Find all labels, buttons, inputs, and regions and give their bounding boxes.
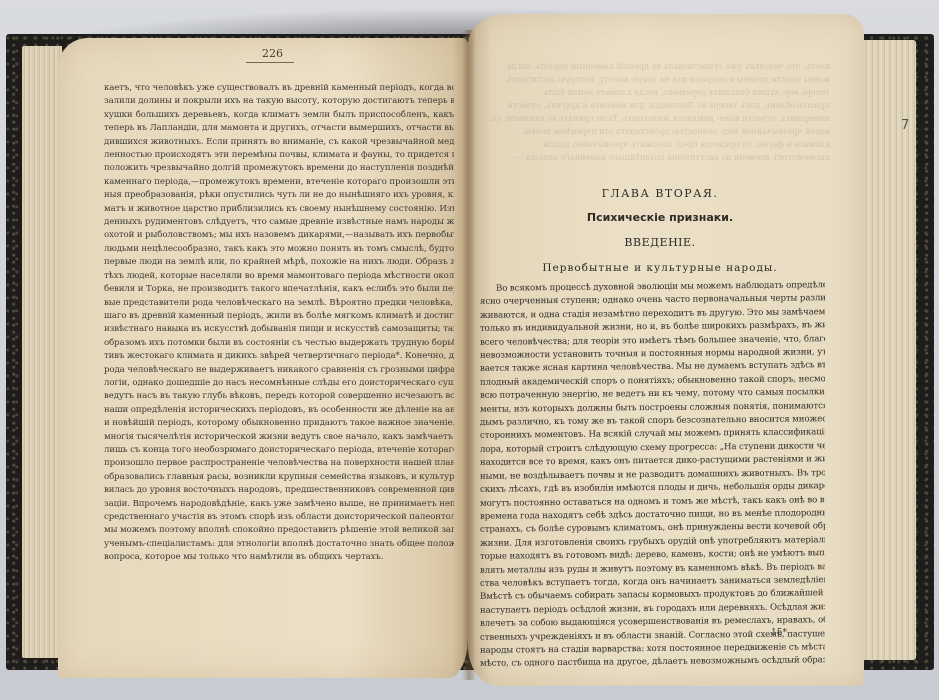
text-line: рода человѣческаго не выдерживаетъ никак…	[104, 364, 454, 377]
left-page-text: каетъ, что человѣкъ уже существовалъ въ …	[104, 82, 454, 565]
text-line: произошло первое распространеніе человѣч…	[104, 457, 454, 470]
signature-mark: 15*	[771, 628, 787, 638]
text-line: средственнаго участія въ этомъ спорѣ изъ…	[104, 511, 454, 524]
subsection-title: Первобытные и культурные народы.	[470, 262, 850, 274]
page-edges-left	[22, 46, 62, 658]
text-line: заціи. Впрочемъ народовѣдѣніе, какъ уже …	[104, 498, 454, 511]
text-line: вые представители рода человѣческаго на …	[104, 297, 454, 310]
text-line: наши опредѣленія историческихъ періодовъ…	[104, 404, 454, 417]
text-line: тѣхъ людей, которые населяли во время ма…	[104, 270, 454, 283]
show-through-text: каетъ, что человѣкъ уже существовалъ въ …	[490, 60, 830, 160]
page-number: 226	[262, 47, 283, 60]
text-line: матъ и животное царство приблизились къ …	[104, 203, 454, 216]
page-edges-right	[858, 40, 916, 660]
text-line: и новѣйшій періодъ, которому обыкновенно…	[104, 417, 454, 430]
chapter-label: ГЛАВА ВТОРАЯ.	[470, 187, 850, 200]
text-line: вилась до уровня восточныхъ народовъ, пр…	[104, 484, 454, 497]
text-line: положить чрезвычайно долгій промежутокъ …	[104, 162, 454, 175]
text-line: извѣстнаго навыка въ искусствѣ добыванія…	[104, 323, 454, 336]
text-line: теперь въ Лапландіи, для мамонта и други…	[104, 122, 454, 135]
book-gutter	[462, 30, 476, 680]
text-line: тивъ жестокаго климата и дикихъ звѣрей ч…	[104, 350, 454, 363]
text-line: ведутъ насъ въ такую глубь вѣковъ, перед…	[104, 390, 454, 403]
text-line: каетъ, что человѣкъ уже существовалъ въ …	[104, 82, 454, 95]
text-line: вопроса, которое мы только что намѣтили …	[104, 551, 454, 564]
page-number-rule	[246, 62, 294, 63]
text-line: каменнаго періода,—промежутокъ времени, …	[104, 176, 454, 189]
chapter-title: Психическіе признаки.	[470, 211, 850, 224]
right-page-text: Во всякомъ процессѣ духовной эволюціи мы…	[480, 279, 825, 671]
pencil-marginalia: 7	[901, 118, 909, 133]
text-line: образовались главныя расы, возникли круп…	[104, 471, 454, 484]
text-line: ученымъ-спеціалистамъ: для этнологіи впо…	[104, 538, 454, 551]
text-line: образомъ ихъ потомки были въ состояніи с…	[104, 337, 454, 350]
text-line: шаго въ древній каменный періодъ, жили в…	[104, 310, 454, 323]
text-line: многія тысячелѣтія исторической жизни ве…	[104, 431, 454, 444]
text-line: логіи, однако дошедшіе до насъ несомнѣнн…	[104, 377, 454, 390]
text-line: хушки большихъ деревьевъ, когда климатъ …	[104, 109, 454, 122]
text-line: ленностью происходятъ эти перемѣны почвы…	[104, 149, 454, 162]
text-line: ныя преобразованія, рѣки опустились чуть…	[104, 189, 454, 202]
text-line: людьми нецѣлесообразно, такъ какъ это мо…	[104, 243, 454, 256]
text-line: дившихся животныхъ. Если принять во вним…	[104, 136, 454, 149]
text-line: мы можемъ поэтому вполнѣ спокойно предос…	[104, 524, 454, 537]
text-line: бевиля и Торка, не производитъ такого вп…	[104, 283, 454, 296]
text-line: денныхъ рудиментовъ слѣдуетъ, что самые …	[104, 216, 454, 229]
text-line: лишь съ конца того необозримаго доистори…	[104, 444, 454, 457]
text-line: первые люди на землѣ или, по крайней мѣр…	[104, 256, 454, 269]
text-line: охотой и рыболовствомъ; мы ихъ назовемъ …	[104, 229, 454, 242]
section-title: ВВЕДЕНІЕ.	[470, 236, 850, 249]
text-line: залили долины и покрыли ихъ на такую выс…	[104, 95, 454, 108]
